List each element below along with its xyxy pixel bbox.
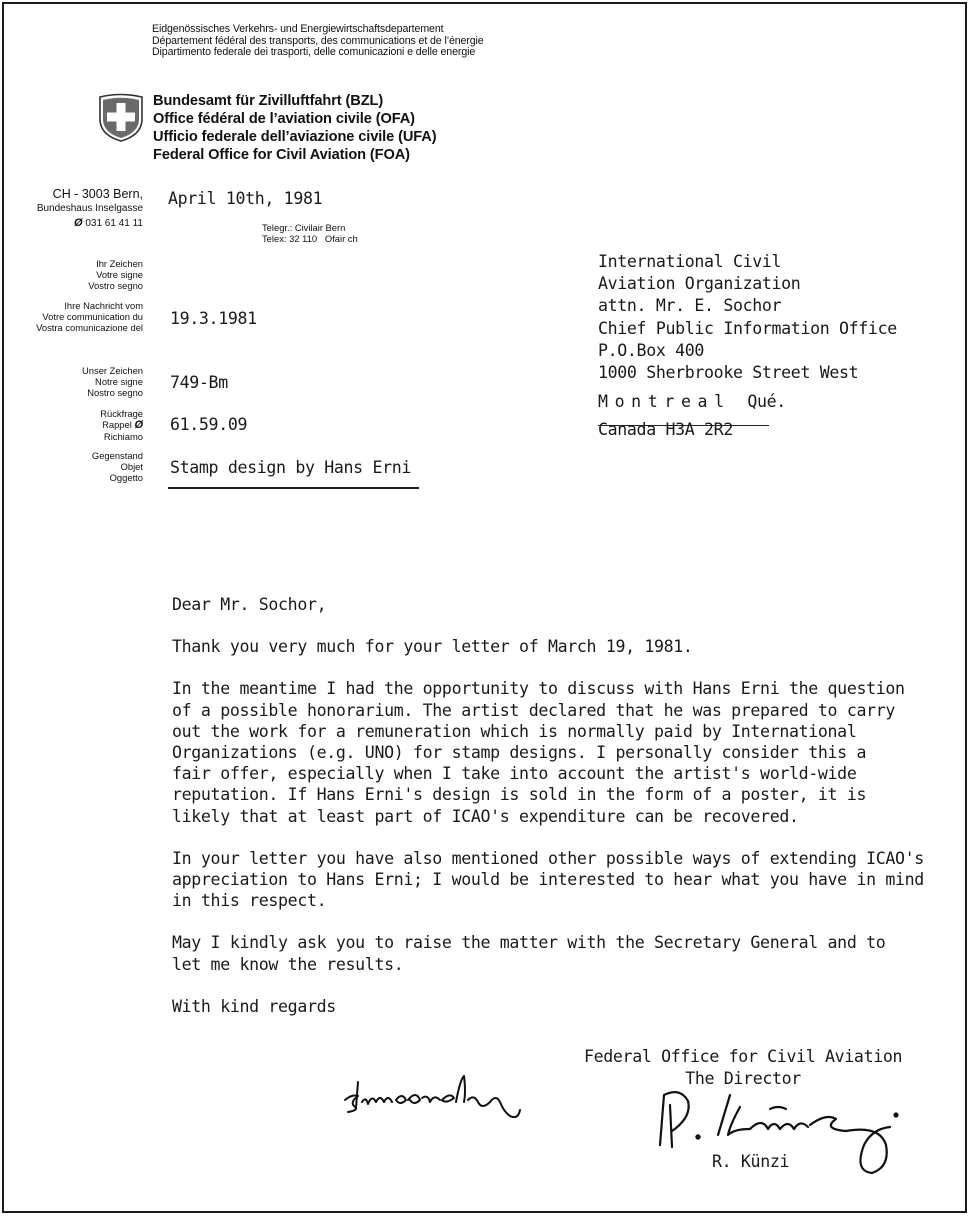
- label-line: Richiamo: [100, 431, 143, 442]
- paragraph-4: May I kindly ask you to raise the matter…: [172, 932, 962, 974]
- body-line: in this respect.: [172, 890, 962, 911]
- label-line: Notre signe: [82, 376, 143, 387]
- label-line: Ihre Nachricht vom: [36, 300, 143, 311]
- body-line: likely that at least part of ICAO's expe…: [172, 806, 962, 827]
- body-line: appreciation to Hans Erni; I would be in…: [172, 869, 962, 890]
- handwritten-sincerely: [340, 1072, 555, 1122]
- paragraph-2: In the meantime I had the opportunity to…: [172, 678, 962, 826]
- body-line: Organizations (e.g. UNO) for stamp desig…: [172, 742, 962, 763]
- sender-street: Bundeshaus Inselgasse: [37, 202, 143, 216]
- telephone-symbol-icon: Ø: [134, 419, 143, 431]
- office-name-block: Bundesamt für Zivilluftfahrt (BZL) Offic…: [153, 92, 437, 164]
- subject-underline: [168, 487, 419, 489]
- label-our-reference: Unser Zeichen Notre signe Nostro segno: [82, 365, 143, 398]
- recipient-city: Montreal: [598, 392, 731, 411]
- salutation: Dear Mr. Sochor,: [172, 594, 962, 615]
- label-subject: Gegenstand Objet Oggetto: [92, 450, 143, 483]
- recipient-line: Chief Public Information Office: [598, 318, 897, 340]
- your-message-date-value: 19.3.1981: [170, 309, 257, 329]
- telex-number: Telex: 32 110 Ofair ch: [262, 233, 358, 244]
- letter-date: April 10th, 1981: [168, 189, 322, 209]
- label-line: Nostro segno: [82, 387, 143, 398]
- inquiry-phone-value: 61.59.09: [170, 415, 247, 435]
- department-line-de: Eidgenössisches Verkehrs- und Energiewir…: [152, 24, 484, 36]
- body-line: Thank you very much for your letter of M…: [172, 636, 962, 657]
- recipient-line: International Civil: [598, 251, 897, 273]
- recipient-city-line: Montreal Qué.: [598, 391, 897, 413]
- recipient-line: Aviation Organization: [598, 273, 897, 295]
- body-line: of a possible honorarium. The artist dec…: [172, 700, 962, 721]
- closing: With kind regards: [172, 996, 962, 1017]
- sender-city: CH - 3003 Bern,: [37, 186, 143, 202]
- letter-body: Dear Mr. Sochor, Thank you very much for…: [172, 594, 962, 1017]
- label-your-message-of: Ihre Nachricht vom Votre communication d…: [36, 300, 143, 333]
- sender-address: CH - 3003 Bern, Bundeshaus Inselgasse Ø …: [37, 186, 143, 231]
- label-line: Unser Zeichen: [82, 365, 143, 376]
- sender-phone: 031 61 41 11: [85, 218, 143, 229]
- label-line: Objet: [92, 461, 143, 472]
- body-line: let me know the results.: [172, 954, 962, 975]
- our-reference-value: 749-Bm: [170, 373, 228, 393]
- office-name-fr: Office fédéral de l’aviation civile (OFA…: [153, 110, 437, 128]
- label-inquiry-phone: Rückfrage Rappel Ø Richiamo: [100, 408, 143, 442]
- signer-name: R. Künzi: [712, 1152, 789, 1172]
- recipient-country-postal: Canada H3A 2R2: [598, 419, 897, 441]
- label-your-reference: Ihr Zeichen Votre signe Vostro segno: [88, 258, 143, 291]
- office-name-it: Ufficio federale dell’aviazione civile (…: [153, 128, 437, 146]
- office-name-de: Bundesamt für Zivilluftfahrt (BZL): [153, 92, 437, 110]
- label-line: Vostro segno: [88, 280, 143, 291]
- telegram-telex-info: Telegr.: Civilair Bern Telex: 32 110 Ofa…: [262, 222, 358, 244]
- telegram-address: Telegr.: Civilair Bern: [262, 222, 358, 233]
- label-line: Rappel Ø: [100, 419, 143, 431]
- department-line-it: Dipartimento federale dei trasporti, del…: [152, 47, 484, 59]
- paragraph-3: In your letter you have also mentioned o…: [172, 848, 962, 912]
- signature-block: Federal Office for Civil Aviation The Di…: [584, 1046, 902, 1090]
- subject-value: Stamp design by Hans Erni: [170, 458, 411, 478]
- label-line: Rückfrage: [100, 408, 143, 419]
- body-line: May I kindly ask you to raise the matter…: [172, 932, 962, 953]
- recipient-address: International Civil Aviation Organizatio…: [598, 251, 897, 442]
- body-line: fair offer, especially when I take into …: [172, 763, 962, 784]
- label-line: Vostra comunicazione del: [36, 322, 143, 333]
- label-line: Votre communication du: [36, 311, 143, 322]
- label-line: Gegenstand: [92, 450, 143, 461]
- telephone-symbol-icon: Ø: [74, 217, 83, 229]
- sender-phone-line: Ø 031 61 41 11: [37, 216, 143, 231]
- body-line: In the meantime I had the opportunity to…: [172, 678, 962, 699]
- office-name-en: Federal Office for Civil Aviation (FOA): [153, 146, 437, 164]
- label-text: Rappel: [102, 419, 132, 430]
- body-line: In your letter you have also mentioned o…: [172, 848, 962, 869]
- label-line: Oggetto: [92, 472, 143, 483]
- department-header: Eidgenössisches Verkehrs- und Energiewir…: [152, 24, 484, 59]
- recipient-line: P.O.Box 400: [598, 340, 897, 362]
- label-line: Ihr Zeichen: [88, 258, 143, 269]
- recipient-city-underline: [598, 425, 769, 426]
- paragraph-1: Thank you very much for your letter of M…: [172, 636, 962, 657]
- body-line: out the work for a remuneration which is…: [172, 721, 962, 742]
- body-line: reputation. If Hans Erni's design is sol…: [172, 784, 962, 805]
- recipient-line: attn. Mr. E. Sochor: [598, 295, 897, 317]
- recipient-line: 1000 Sherbrooke Street West: [598, 362, 897, 384]
- swiss-cross-shield-icon: [97, 93, 145, 143]
- label-line: Votre signe: [88, 269, 143, 280]
- recipient-province: Qué.: [747, 392, 786, 411]
- signer-organization: Federal Office for Civil Aviation: [584, 1046, 902, 1068]
